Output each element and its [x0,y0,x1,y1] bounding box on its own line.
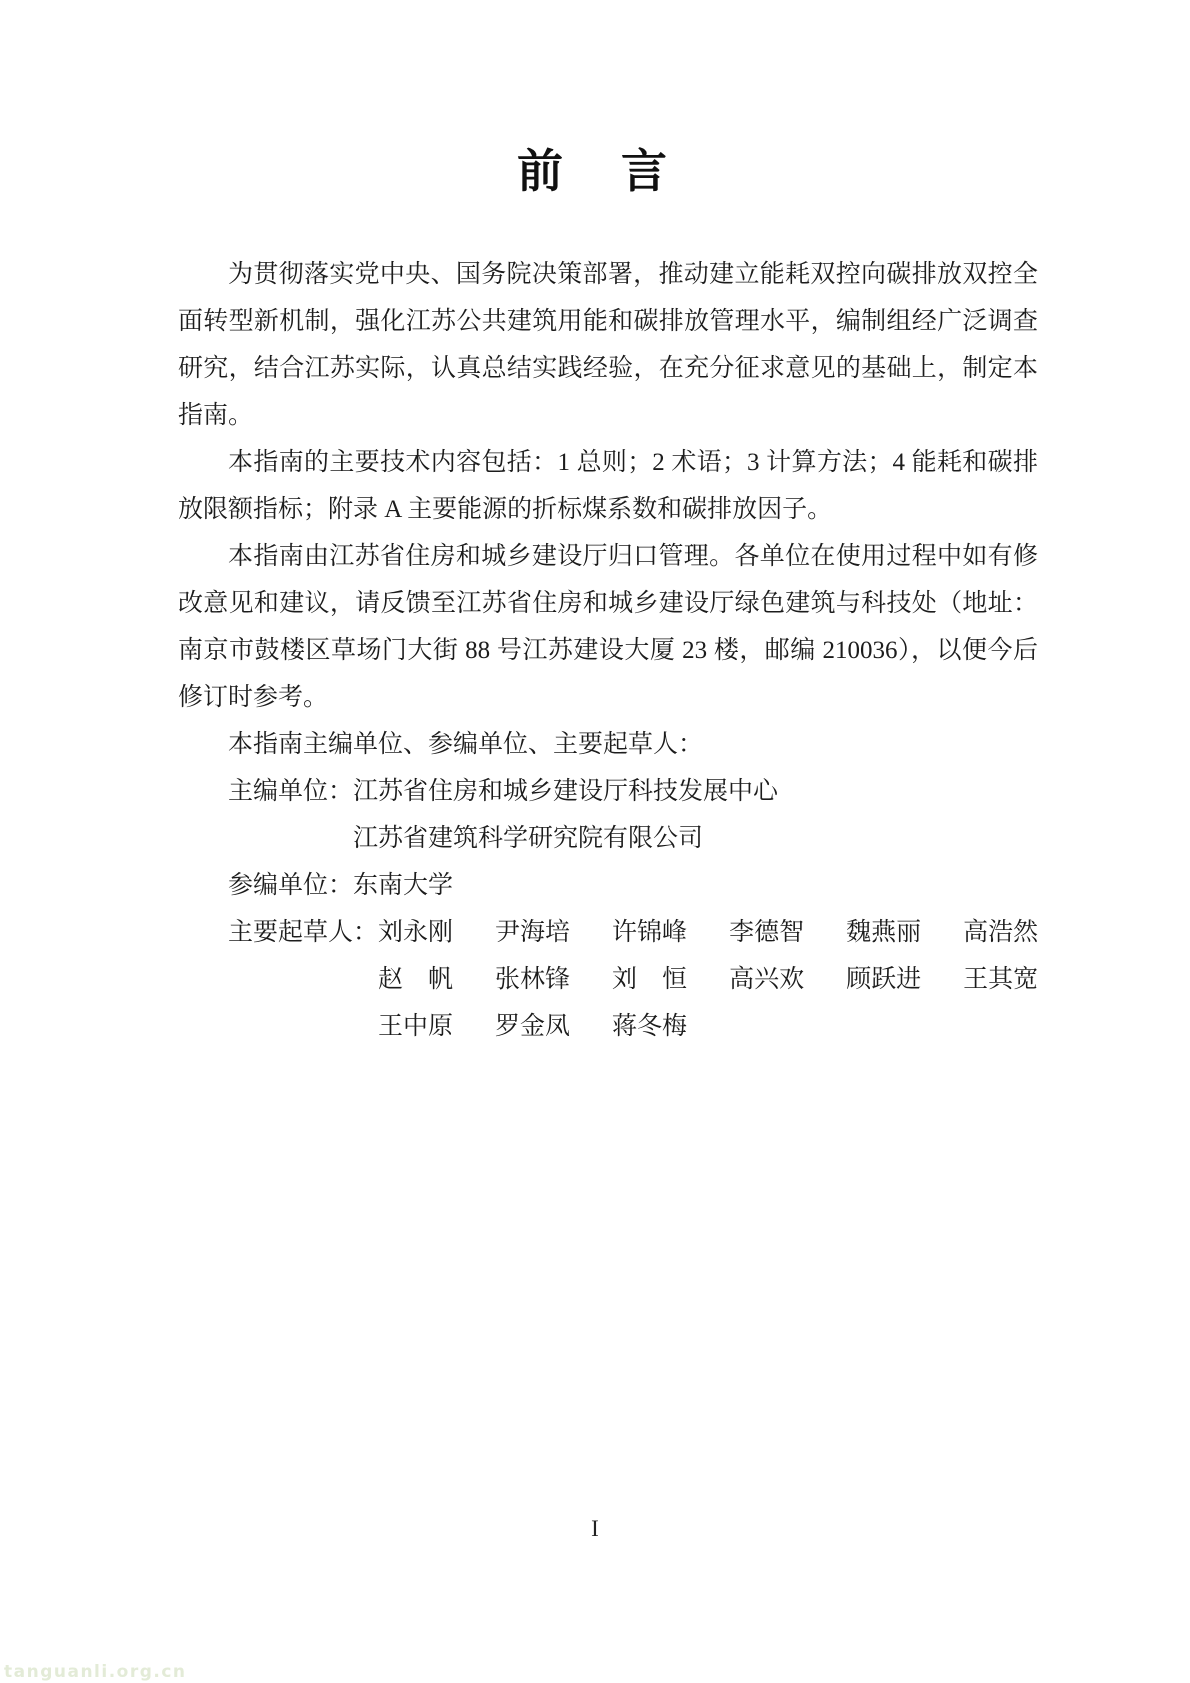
drafter-name: 高浩然 [963,909,1038,956]
page-title: 前 言 [0,144,1190,199]
participating-unit-label: 参编单位： [228,862,353,909]
drafter-name: 尹海培 [495,909,570,956]
document-body: 为贯彻落实党中央、国务院决策部署，推动建立能耗双控向碳排放双控全面转型新机制，强… [178,251,1038,1050]
drafter-name: 蒋冬梅 [612,1003,687,1050]
drafters-label: 主要起草人： [228,909,378,956]
preface-page: 前 言 为贯彻落实党中央、国务院决策部署，推动建立能耗双控向碳排放双控全面转型新… [0,0,1190,1683]
drafter-rows: 刘永刚尹海培许锦峰李德智魏燕丽高浩然赵 帆张林锋刘 恒高兴欢顾跃进王其宽王中原罗… [378,909,1038,1050]
chief-editor-unit: 江苏省住房和城乡建设厅科技发展中心 [353,768,778,815]
drafter-name: 刘永刚 [378,909,453,956]
chief-editor-units: 江苏省住房和城乡建设厅科技发展中心 江苏省建筑科学研究院有限公司 [353,768,778,862]
chief-editor-unit: 江苏省建筑科学研究院有限公司 [353,815,778,862]
drafter-name: 王中原 [378,1003,453,1050]
participating-unit: 东南大学 [353,862,453,909]
drafter-name: 高兴欢 [729,956,804,1003]
drafter-name-row: 赵 帆张林锋刘 恒高兴欢顾跃进王其宽 [378,956,1038,1003]
drafter-name: 赵 帆 [378,956,453,1003]
drafter-name-row: 王中原罗金凤蒋冬梅 [378,1003,1038,1050]
participating-units: 东南大学 [353,862,453,909]
drafter-name: 刘 恒 [612,956,687,1003]
chief-editor-row: 主编单位： 江苏省住房和城乡建设厅科技发展中心 江苏省建筑科学研究院有限公司 [178,768,1038,862]
page-number: I [0,1516,1190,1542]
drafter-name: 王其宽 [963,956,1038,1003]
drafters-row: 主要起草人： 刘永刚尹海培许锦峰李德智魏燕丽高浩然赵 帆张林锋刘 恒高兴欢顾跃进… [178,909,1038,1050]
participating-unit-row: 参编单位： 东南大学 [178,862,1038,909]
chief-editor-label: 主编单位： [228,768,353,815]
drafter-name: 魏燕丽 [846,909,921,956]
paragraph-credits-intro: 本指南主编单位、参编单位、主要起草人： [178,721,1038,768]
paragraph-intro: 为贯彻落实党中央、国务院决策部署，推动建立能耗双控向碳排放双控全面转型新机制，强… [178,251,1038,439]
drafter-name: 李德智 [729,909,804,956]
drafter-name: 张林锋 [495,956,570,1003]
drafter-name: 罗金凤 [495,1003,570,1050]
drafter-name: 许锦峰 [612,909,687,956]
drafter-name: 顾跃进 [846,956,921,1003]
drafter-name-row: 刘永刚尹海培许锦峰李德智魏燕丽高浩然 [378,909,1038,956]
paragraph-feedback: 本指南由江苏省住房和城乡建设厅归口管理。各单位在使用过程中如有修改意见和建议，请… [178,533,1038,721]
watermark: tanguanli.org.cn [4,1662,187,1682]
paragraph-contents: 本指南的主要技术内容包括：1 总则；2 术语；3 计算方法；4 能耗和碳排放限额… [178,439,1038,533]
